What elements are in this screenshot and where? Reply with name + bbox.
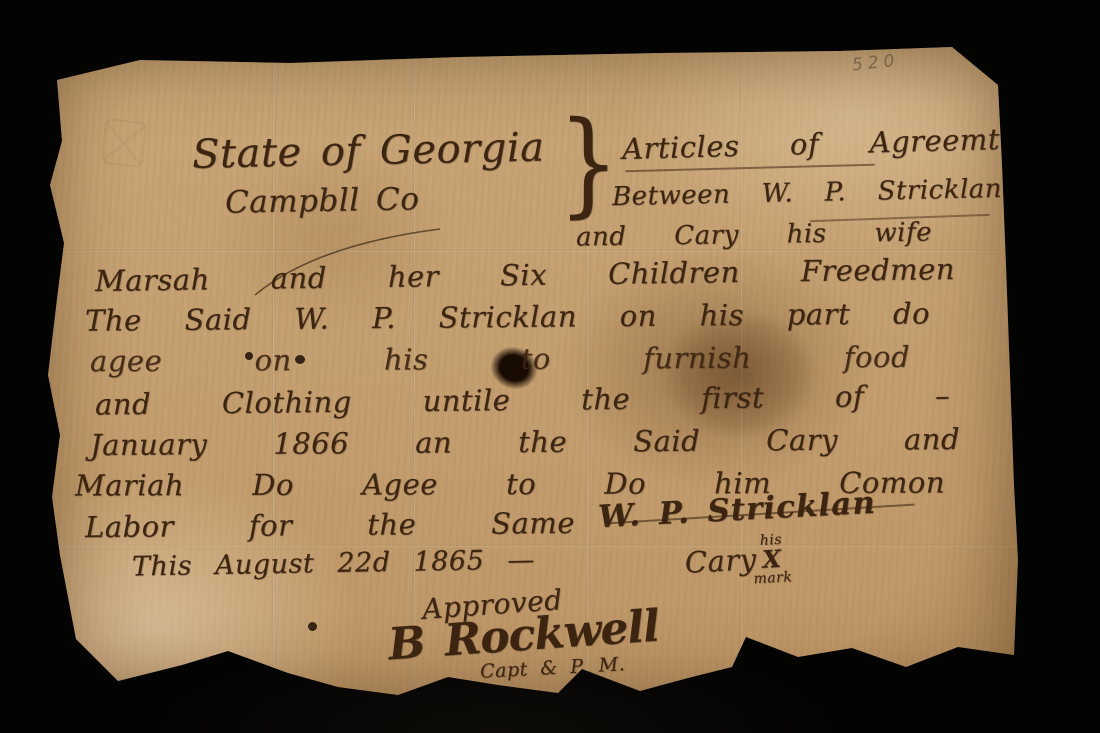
mark-x: X (762, 547, 782, 572)
title-line-3: and Cary his wife (576, 218, 932, 253)
date-line: This August 22d 1865 — (132, 544, 535, 582)
cary-signature-block: Cary his X mark (684, 540, 793, 590)
body-line: Labor for the Same (85, 506, 575, 544)
state-line: State of Georgia (192, 124, 561, 178)
title-line-2: Between W. P. Stricklan (612, 174, 1003, 212)
paper-document: 520 State of Georgia Campbll Co } Articl… (40, 45, 1020, 705)
her-mark: his X mark (751, 532, 792, 586)
county-line: Campbll Co (225, 181, 420, 220)
photograph-background: 520 State of Georgia Campbll Co } Articl… (0, 0, 1100, 733)
catalog-number: 520 (851, 51, 900, 76)
cary-name: Cary (684, 542, 757, 580)
body-line: Marsah and her Six Children Freedmen (95, 252, 955, 298)
body-line: agee on his to furnish food (90, 340, 910, 378)
ink-speck (308, 622, 317, 631)
body-line: January 1866 an the Said Cary and (90, 422, 960, 462)
title-line-1: Articles of Agreemt (622, 122, 1001, 166)
pen-stroke (625, 164, 875, 173)
mark-label: mark (753, 570, 792, 586)
embossed-seal (101, 118, 148, 168)
brace-glyph: } (558, 97, 620, 229)
